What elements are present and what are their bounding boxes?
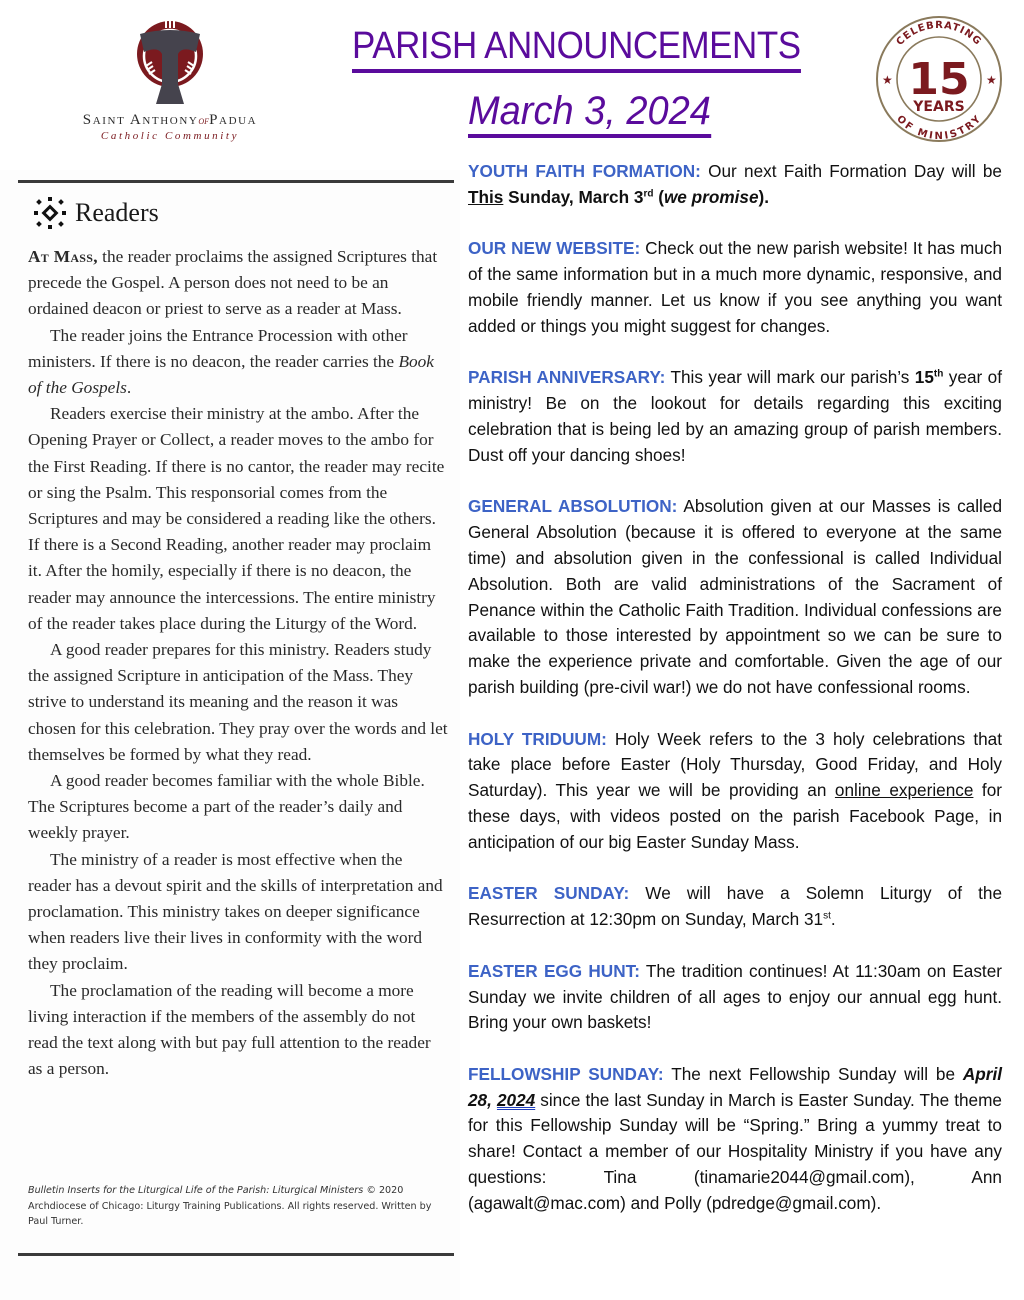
svg-text:★: ★ xyxy=(986,73,997,87)
announcements-list: YOUTH FAITH FORMATION: Our next Faith Fo… xyxy=(468,159,1002,1242)
parish-name: Saint AnthonyofPadua xyxy=(40,112,300,129)
svg-text:15: 15 xyxy=(908,54,969,105)
online-experience-link[interactable]: online experience xyxy=(835,780,973,800)
readers-paragraph: A good reader becomes familiar with the … xyxy=(28,768,448,847)
announcement-parish-anniversary: PARISH ANNIVERSARY: This year will mark … xyxy=(468,365,1002,468)
anniversary-seal-icon: CELEBRATING OF MINISTRY 15 YEARS ★ ★ xyxy=(866,14,1012,144)
page-title: PARISH ANNOUNCEMENTS xyxy=(352,24,801,73)
svg-text:YEARS: YEARS xyxy=(912,99,964,115)
readers-heading: Readers xyxy=(33,196,159,230)
parish-logo: Saint AnthonyofPadua Catholic Community xyxy=(40,14,300,142)
announcement-easter-egg-hunt: EASTER EGG HUNT: The tradition continues… xyxy=(468,959,1002,1036)
readers-title: Readers xyxy=(75,198,159,228)
readers-paragraph: The ministry of a reader is most effecti… xyxy=(28,847,448,978)
readers-paragraph: A good reader prepares for this ministry… xyxy=(28,637,448,768)
announcement-easter-sunday: EASTER SUNDAY: We will have a Solemn Lit… xyxy=(468,881,1002,933)
parish-subtitle: Catholic Community xyxy=(40,130,300,142)
readers-paragraph: The reader joins the Entrance Procession… xyxy=(28,323,448,402)
readers-paragraph: The proclamation of the reading will bec… xyxy=(28,978,448,1083)
divider-top xyxy=(18,180,454,183)
svg-text:★: ★ xyxy=(882,73,893,87)
readers-insert: Readers At Mass, the reader proclaims th… xyxy=(0,170,460,1300)
bulletin-date: March 3, 2024 xyxy=(468,88,711,138)
announcement-fellowship-sunday: FELLOWSHIP SUNDAY: The next Fellowship S… xyxy=(468,1062,1002,1217)
ornament-diamond-icon xyxy=(33,196,67,230)
insert-credit: Bulletin Inserts for the Liturgical Life… xyxy=(28,1183,448,1230)
readers-paragraph: Readers exercise their ministry at the a… xyxy=(28,401,448,637)
announcement-new-website: OUR NEW WEBSITE: Check out the new paris… xyxy=(468,236,1002,339)
announcement-youth-faith-formation: YOUTH FAITH FORMATION: Our next Faith Fo… xyxy=(468,159,1002,211)
tau-cross-logo-icon xyxy=(134,14,206,106)
announcement-general-absolution: GENERAL ABSOLUTION: Absolution given at … xyxy=(468,494,1002,700)
readers-paragraph: At Mass, the reader proclaims the assign… xyxy=(28,244,448,323)
readers-body: At Mass, the reader proclaims the assign… xyxy=(28,244,448,1083)
announcement-holy-triduum: HOLY TRIDUUM: Holy Week refers to the 3 … xyxy=(468,727,1002,856)
divider-bottom xyxy=(18,1253,454,1256)
